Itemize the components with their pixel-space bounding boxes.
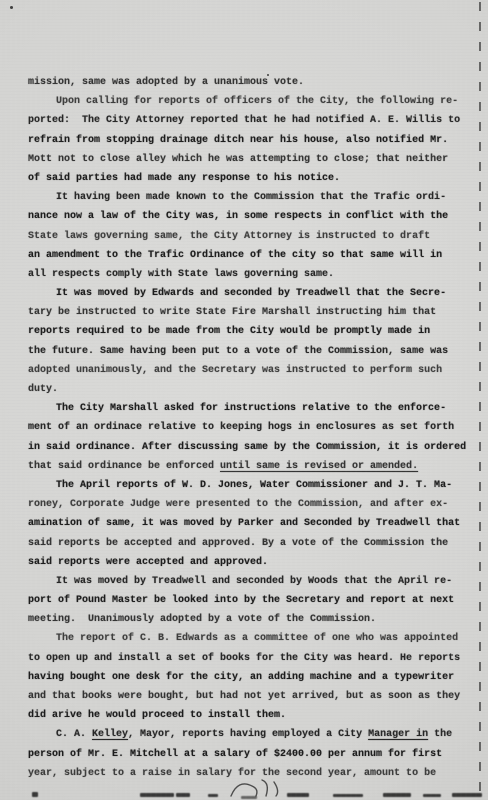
smudge-mark (176, 793, 190, 797)
text-line: said reports were accepted and approved. (28, 553, 474, 572)
text-line: C. A. Kelley, Mayor, reports having empl… (28, 725, 474, 744)
smudge-mark (423, 794, 441, 797)
text-line: to open up and install a set of books fo… (28, 649, 474, 668)
text-line: an amendment to the Trafic Ordinance of … (28, 246, 474, 265)
text-line: all respects comply with State laws gove… (28, 265, 474, 284)
text-line: mission, same was adopted by a unanimous… (28, 73, 474, 92)
text-line: that said ordinance be enforced until sa… (28, 457, 474, 476)
text-line: The April reports of W. D. Jones, Water … (28, 476, 474, 495)
text-line: port of Pound Master be looked into by t… (28, 591, 474, 610)
typewritten-text: mission, same was adopted by a unanimous… (28, 73, 474, 783)
text-line: nance now a law of the City was, in some… (28, 207, 474, 226)
page-edge-marks-artifact (479, 2, 482, 800)
ink-speck (10, 6, 13, 9)
text-line: tary be instructed to write State Fire M… (28, 303, 474, 322)
smudge-mark (287, 793, 309, 797)
ink-speck (267, 74, 269, 76)
text-line: Upon calling for reports of officers of … (28, 92, 474, 111)
text-line: ported: The City Attorney reported that … (28, 111, 474, 130)
smudge-mark (208, 794, 218, 797)
text-line: The City Marshall asked for instructions… (28, 399, 474, 418)
scanned-page: mission, same was adopted by a unanimous… (0, 0, 488, 800)
text-line: The report of C. B. Edwards as a committ… (28, 629, 474, 648)
smudge-mark (452, 793, 482, 797)
text-line: the future. Same having been put to a vo… (28, 342, 474, 361)
screenshot-root: { "document": { "kind": "scanned typewri… (0, 0, 488, 800)
text-line: ment of an ordinace relative to keeping … (28, 418, 474, 437)
text-line: said reports be accepted and approved. B… (28, 534, 474, 553)
text-line: meeting. Unanimously adopted by a vote o… (28, 610, 474, 629)
text-line: in said ordinance. After discussing same… (28, 438, 474, 457)
text-line: year, subject to a raise in salary for t… (28, 764, 474, 783)
text-line: duty. (28, 380, 474, 399)
text-line: It was moved by Treadwell and seconded b… (28, 572, 474, 591)
text-line: of said parties had made any response to… (28, 169, 474, 188)
text-line: refrain from stopping drainage ditch nea… (28, 131, 474, 150)
text-line: State laws governing same, the City Atto… (28, 227, 474, 246)
text-line: did arive he would proceed to install th… (28, 706, 474, 725)
text-line: It having been made known to the Commiss… (28, 188, 474, 207)
text-line: adopted unanimously, and the Secretary w… (28, 361, 474, 380)
text-line: having bought one desk for the city, an … (28, 668, 474, 687)
text-line: amination of same, it was moved by Parke… (28, 514, 474, 533)
smudge-mark (241, 796, 257, 799)
smudge-mark (140, 793, 174, 797)
smudge-mark (32, 792, 38, 797)
text-line: It was moved by Edwards and seconded by … (28, 284, 474, 303)
text-line: Mott not to close alley which he was att… (28, 150, 474, 169)
text-line: and that books were bought, but had not … (28, 687, 474, 706)
smudge-mark (333, 794, 363, 797)
smudge-mark (383, 793, 411, 797)
text-line: roney, Corporate Judge were presented to… (28, 495, 474, 514)
text-line: reports required to be made from the Cit… (28, 322, 474, 341)
text-line: person of Mr. E. Mitchell at a salary of… (28, 745, 474, 764)
